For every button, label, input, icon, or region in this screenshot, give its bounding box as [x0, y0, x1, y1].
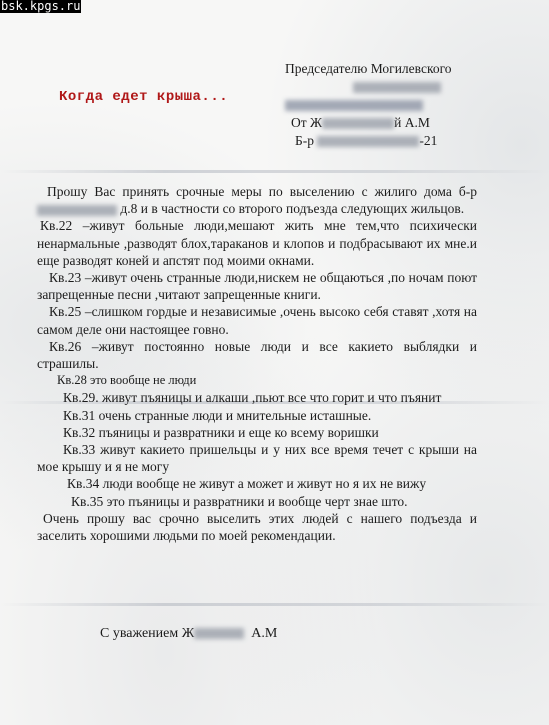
- apartment-paragraph: Кв.35 это пъяницы и развратники и вообще…: [37, 493, 477, 510]
- apartment-paragraph: Кв.26 –живут постоянно новые люди и все …: [37, 338, 477, 372]
- apartment-paragraph: Кв.23 –живут очень странные люди,нискем …: [37, 269, 477, 303]
- sender-line: От Жй А.М: [285, 114, 452, 132]
- apartment-paragraph: Кв.32 пъяницы и развратники и еще ко все…: [37, 424, 477, 441]
- signature: С уважением Ж А.М: [100, 626, 277, 642]
- apartment-paragraph: Кв.28 это вообще не люди: [37, 372, 477, 389]
- addressee-line: Председателю Могилевского: [285, 60, 452, 78]
- apartment-paragraph: Кв.33 живут какието пришельцы и у них вс…: [37, 441, 477, 475]
- apartment-paragraph: Кв.25 –слишком гордые и независимые ,оче…: [37, 303, 477, 337]
- letter-body: Прошу Вас принять срочные меры по выселе…: [37, 183, 477, 544]
- intro-paragraph: Прошу Вас принять срочные меры по выселе…: [37, 183, 477, 217]
- addressee-block: Председателю Могилевского От Жй А.М Б-р …: [285, 60, 452, 150]
- apartment-paragraph: Кв.29. живут пъяницы и алкаши ,пьют все …: [37, 389, 477, 406]
- redacted-line: [285, 96, 452, 114]
- sender-address-line: Б-р -21: [285, 132, 452, 150]
- apartment-paragraph: Кв.31 очень странные люди и мнительные и…: [37, 407, 477, 424]
- closing-paragraph: Очень прошу вас срочно выселить этих люд…: [37, 510, 477, 544]
- scanned-letter: bsk.kpgs.ru Когда едет крыша... Председа…: [0, 0, 549, 725]
- paper-fold: [0, 603, 549, 606]
- site-watermark: bsk.kpgs.ru: [0, 0, 81, 13]
- apartment-paragraph: Кв.34 люди вообще не живут а может и жив…: [37, 475, 477, 492]
- apartment-paragraph: Кв.22 –живут больные люди,мешают жить мн…: [37, 217, 477, 269]
- page-title: Когда едет крыша...: [59, 89, 228, 105]
- paper-fold: [0, 170, 549, 173]
- redacted-line: [285, 78, 452, 96]
